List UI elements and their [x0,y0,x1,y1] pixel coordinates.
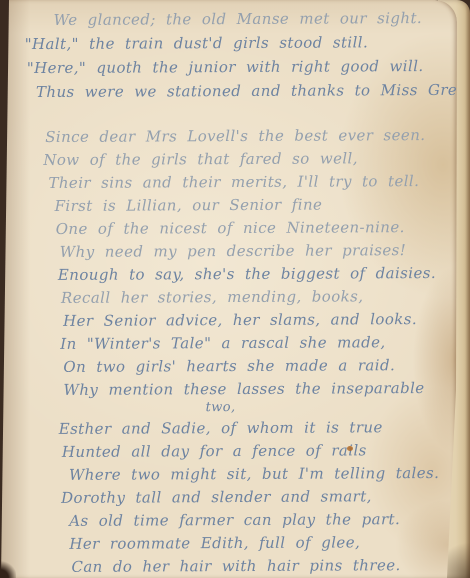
manuscript-page: We glanced; the old Manse met our sight.… [0,0,457,578]
scanned-album-page: We glanced; the old Manse met our sight.… [0,0,470,578]
manuscript-line: In "Winter's Tale" a rascal she made, [0,331,457,356]
manuscript-line: Hunted all day for a fence of rails [1,439,457,464]
manuscript-line: Why mention these lasses the inseparable [0,377,457,402]
manuscript-line: One of the nicest of nice Nineteen-nine. [0,216,457,241]
manuscript-line: On two girls' hearts she made a raid. [0,354,457,379]
manuscript-line: First is Lillian, our Senior fine [0,193,457,218]
manuscript-line: "Halt," the train dust'd girls stood sti… [0,30,457,56]
manuscript-line: Now of the girls that fared so well, [0,147,457,172]
manuscript-line: Esther and Sadie, of whom it is true [1,416,457,441]
poem-text: We glanced; the old Manse met our sight.… [0,6,457,578]
manuscript-line: Dorothy tall and slender and smart, [1,485,457,510]
manuscript-line: We glanced; the old Manse met our sight. [0,6,457,32]
manuscript-line: Enough to say, she's the biggest of dais… [0,262,457,287]
manuscript-line: Thus were we stationed and thanks to Mis… [0,78,457,104]
manuscript-line: Her Senior advice, her slams, and looks. [0,308,457,333]
manuscript-line: "Here," quoth the junior with right good… [0,54,457,80]
manuscript-line: Recall her stories, mending, books, [0,285,457,310]
manuscript-line: Where two might sit, but I'm telling tal… [1,462,457,487]
manuscript-line: As old time farmer can play the part. [1,508,457,533]
manuscript-line: Can do her hair with hair pins three. [1,554,457,578]
rust-spot [347,446,353,451]
bottom-left-corner-shadow [0,560,16,578]
manuscript-line: Since dear Mrs Lovell's the best ever se… [0,124,457,149]
manuscript-line: Why need my pen describe her praises! [0,239,457,264]
manuscript-line: Her roommate Edith, full of glee, [1,531,457,556]
manuscript-line: Their sins and their merits, I'll try to… [0,170,457,195]
